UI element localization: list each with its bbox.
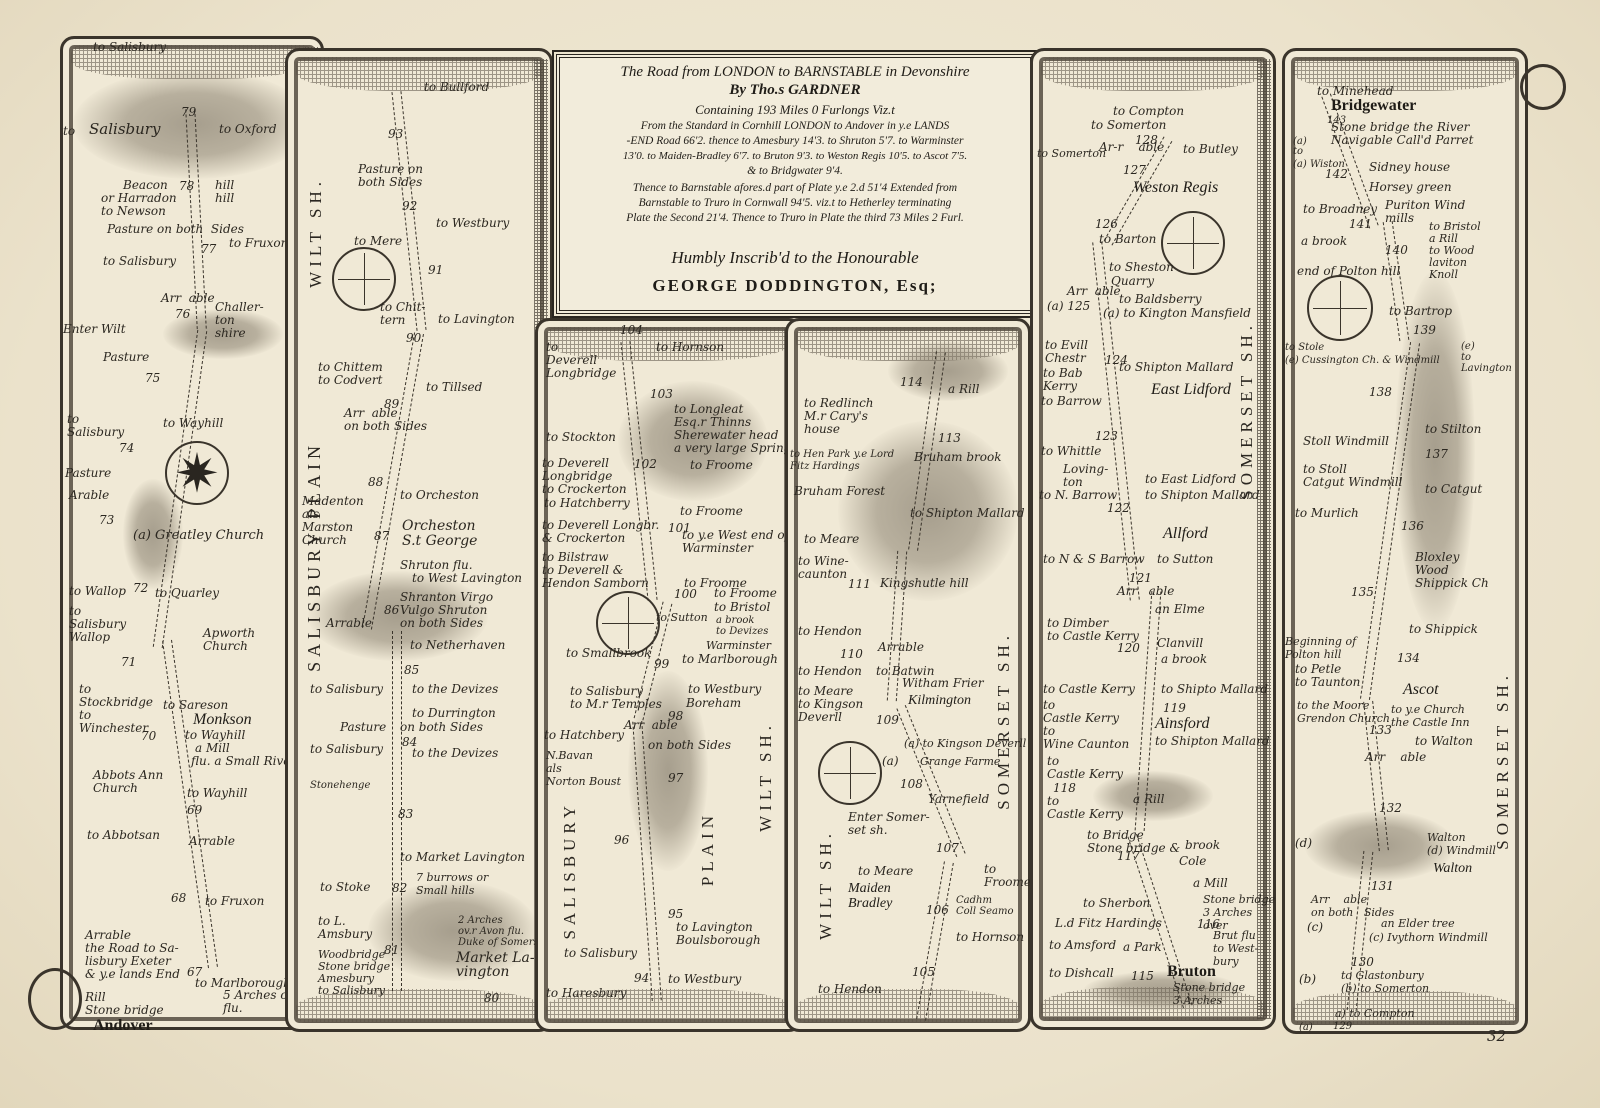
label: Arr able: [1117, 585, 1174, 598]
label: to Deverell Longbr. & Crockerton: [542, 519, 659, 545]
strip-5: to Compton to Somerton 128 to Somerton A…: [1030, 48, 1276, 1030]
strip-3: 104 to Hornson to Deverell Longbridge 10…: [535, 318, 803, 1032]
label: to Castle Kerry to Wine Caunton: [1043, 699, 1129, 751]
mile-marker: 78: [179, 179, 194, 193]
road: [1383, 221, 1410, 341]
county-label: SALISBURY: [560, 801, 580, 940]
label: to Glastonbury (b) to Somerton: [1341, 969, 1429, 995]
detail-line: From the Standard in Cornhill LONDON to …: [560, 120, 1030, 132]
label: to Sheston: [1109, 261, 1174, 274]
label: Abbots Ann Church: [93, 769, 163, 795]
label: to Sutton: [1157, 553, 1213, 566]
label: to Newson: [101, 205, 166, 218]
mile-marker: 88: [368, 475, 383, 489]
label: to Somerton: [1091, 119, 1166, 132]
mile-marker: 120: [1117, 641, 1140, 655]
label: to Whittle: [1041, 445, 1101, 458]
label: Arr able on both Sides: [344, 407, 427, 433]
label: to Salisbury to M.r Temples: [570, 685, 662, 711]
title-cartouche: The Road from LONDON to BARNSTABLE in De…: [556, 54, 1034, 314]
strip-4: 114 a Rill to Redlinch M.r Cary's house …: [785, 318, 1031, 1032]
mile-marker: 102: [634, 457, 657, 471]
dedication: Humbly Inscrib'd to the Honourable: [560, 248, 1030, 268]
label: to Stilton: [1425, 423, 1481, 436]
mile-marker: 71: [121, 655, 136, 669]
label: to Bristol: [714, 601, 770, 614]
label: to Salisbury: [564, 947, 637, 960]
label: Arr able on both Sides: [1311, 893, 1394, 919]
label: to Catgut: [1425, 483, 1482, 496]
mile-marker: 86: [384, 603, 399, 617]
detail-line: Thence to Barnstable afores.d part of Pl…: [560, 182, 1030, 194]
mile-marker: 80: [484, 991, 499, 1005]
label: to the Moore Grendon Church: [1297, 699, 1390, 725]
mile-marker: 85: [404, 663, 419, 677]
town-label: Ainsford: [1155, 715, 1210, 733]
label: Pasture on both Sides: [107, 223, 244, 236]
label: Arr able: [624, 719, 678, 732]
strip-2: to Bullford 93 Pasture on both Sides 92 …: [285, 48, 553, 1032]
county-label: SOMERSET SH.: [1493, 671, 1513, 850]
mile-marker: 136: [1401, 519, 1424, 533]
detail-line: & to Bridgwater 9'4.: [560, 165, 1030, 177]
label: to Evill Chestr: [1045, 339, 1088, 365]
scroll-edge-hatching: [1257, 59, 1271, 1019]
label: Stone bridge 3 Arches: [1173, 981, 1245, 1007]
label: to Hendon: [798, 665, 862, 678]
label: to Market Lavington: [400, 851, 525, 864]
label: to Shipto Mallard: [1161, 683, 1268, 696]
county-label: PLAIN: [698, 811, 718, 886]
mile-marker: 139: [1413, 323, 1436, 337]
label: to Orcheston: [400, 489, 479, 502]
label: to Wayhill: [187, 787, 247, 800]
label: Shranton Virgo Vulgo Shruton: [400, 591, 493, 617]
mile-marker: 126: [1095, 217, 1118, 231]
mile-marker: 110: [840, 647, 863, 661]
mile-marker: 94: [634, 971, 649, 985]
label: (c): [1307, 921, 1323, 934]
label: Beginning of Polton hill: [1285, 635, 1356, 661]
label: to Abbotsan: [87, 829, 160, 842]
label: Cadhm Coll Seamo: [956, 895, 1013, 917]
label: to Shipton Mallard: [910, 507, 1025, 520]
mile-marker: 127: [1123, 163, 1146, 177]
town-label: Walton: [1433, 861, 1472, 877]
label: to: [63, 125, 75, 138]
mile-marker: 109: [876, 713, 899, 727]
mile-marker: 122: [1107, 501, 1130, 515]
label: Arrable: [878, 641, 924, 654]
mile-marker: 83: [398, 807, 413, 821]
compass-icon: [1307, 275, 1373, 341]
label: to Somerton: [1037, 147, 1106, 160]
label: to Hornson: [956, 931, 1024, 944]
label: Arr able: [1067, 285, 1121, 298]
label: on both Sides: [400, 617, 483, 630]
label: to Chittem to Codvert: [318, 361, 383, 387]
town-label: East Lidford: [1151, 381, 1231, 399]
label: to Dimber to Castle Kerry: [1047, 617, 1139, 643]
mile-marker: 75: [145, 371, 160, 385]
label: Yarnefield: [928, 793, 989, 806]
label: to Murlich: [1295, 507, 1359, 520]
label: (d): [1295, 837, 1312, 850]
town-label: Monkson: [193, 711, 252, 729]
label: Stoll Windmill: [1303, 435, 1389, 448]
label: Horsey green: [1369, 181, 1452, 194]
label: to West Lavington: [412, 572, 522, 585]
county-label: WILT SH.: [816, 829, 836, 940]
label: Stone bridge the River Navigable Call'd …: [1331, 121, 1473, 147]
label: to Meare to Kingson Deverll: [798, 685, 863, 724]
mile-marker: 76: [175, 307, 190, 321]
label: to Compton: [1113, 105, 1184, 118]
label: to Marlborough: [682, 653, 778, 666]
label: Pasture: [103, 351, 149, 364]
label: (a): [882, 755, 899, 768]
town-label-bruton: Bruton: [1167, 963, 1216, 981]
mile-marker: (a) 125: [1047, 299, 1090, 313]
mile-marker: 129: [1333, 1021, 1352, 1032]
label: Pasture: [340, 721, 386, 734]
label: (a): [1299, 1021, 1313, 1034]
label: (a) to Kington Mansfield: [1103, 307, 1251, 320]
label: to Stockbridge to Winchester: [79, 683, 153, 735]
label: to N & S Barrow: [1043, 553, 1145, 566]
label: to Wayhill: [163, 417, 223, 430]
label: Arrable the Road to Sa- lisbury Exeter &…: [85, 929, 180, 981]
map-sheet: to Salisbury 79 to Salisbury to Oxford B…: [0, 0, 1600, 1108]
label: to Bullford: [424, 81, 489, 94]
label: 7 burrows or Small hills: [416, 871, 488, 897]
mile-marker: 121: [1129, 571, 1152, 585]
label: Enter Somer- set sh.: [848, 811, 930, 837]
label: to East Lidford: [1145, 473, 1236, 486]
town-label: Allford: [1163, 525, 1208, 543]
mile-marker: 90: [406, 331, 421, 345]
label: Arr able: [161, 292, 215, 305]
label: to Fruxon: [229, 237, 288, 250]
label: Pasture on both Sides: [358, 163, 423, 189]
label: Market La- vington: [456, 951, 535, 979]
mile-marker: 134: [1397, 651, 1420, 665]
label: L.d Fitz Hardings: [1055, 917, 1162, 930]
label: a Park: [1123, 941, 1162, 954]
label: a Mill: [1193, 877, 1228, 890]
label: to Salisbury Wallop: [69, 605, 126, 644]
label: an Elder tree: [1381, 917, 1455, 930]
label: Rill Stone bridge: [85, 991, 164, 1017]
title: The Road from LONDON to BARNSTABLE in De…: [560, 64, 1030, 81]
label: Arr able: [1365, 751, 1426, 764]
mile-marker: 138: [1369, 385, 1392, 399]
label: to Bab Kerry: [1043, 367, 1083, 393]
containing: Containing 193 Miles 0 Furlongs Viz.t: [560, 102, 1030, 118]
label: to Bartrop: [1389, 305, 1452, 318]
county-label: WILT SH.: [306, 177, 326, 288]
label: Cole: [1179, 855, 1206, 868]
label: a) to Compton: [1335, 1007, 1415, 1020]
scroll-curl: [28, 968, 82, 1030]
label: N.Bavan als Norton Boust: [546, 749, 621, 788]
label: to Longleat Esq.r Thinns Sherewater head…: [674, 403, 791, 455]
label: a brook: [1301, 235, 1347, 248]
label: to Castle Kerry: [1047, 795, 1123, 821]
label: to Fruxon: [205, 895, 264, 908]
label: to Tillsed: [426, 381, 482, 394]
label: to Sutton: [656, 611, 708, 624]
label: to Wine- caunton: [798, 555, 849, 581]
label: (e) to Lavington: [1461, 341, 1512, 374]
label: a Rill: [948, 383, 980, 396]
mile-marker: 100: [674, 587, 697, 601]
label: to y.e Church the Castle Inn: [1391, 703, 1470, 729]
label: to Hatchbery: [544, 729, 624, 742]
mile-marker: 130: [1351, 955, 1374, 969]
label: Pasture: [65, 467, 111, 480]
label: Bruham Forest: [794, 485, 885, 498]
town-label: Ascot: [1403, 681, 1439, 699]
mile-marker: 114: [900, 375, 923, 389]
county-label: SALISBURY PLAIN: [304, 441, 325, 672]
label: a brook: [1161, 653, 1207, 666]
label: (c) Ivythorn Windmill: [1369, 931, 1488, 944]
label: to Barrow: [1041, 395, 1102, 408]
label: to Deverell Longbridge: [546, 341, 616, 380]
label: to Meare: [858, 865, 913, 878]
label: to Froome: [714, 587, 777, 600]
label: to Hatchberry: [544, 497, 630, 510]
mile-marker: 103: [650, 387, 673, 401]
label: flu. a Small River: [191, 755, 296, 768]
label: (b): [1299, 973, 1316, 986]
mile-marker: 117: [1117, 849, 1140, 863]
mile-marker: 141: [1349, 217, 1372, 231]
label: to y.e West end of Warminster: [682, 529, 789, 555]
mile-marker: 106: [926, 903, 949, 917]
label: to Stoke: [320, 881, 371, 894]
label: Bruham brook: [914, 451, 1002, 464]
label: to Quarley: [155, 587, 219, 600]
label: to Chit- tern: [380, 301, 426, 327]
label: to Durrington: [412, 707, 496, 720]
detail-line: -END Road 66'2. thence to Amesbury 14'3.…: [560, 135, 1030, 147]
scroll-curl: [1520, 64, 1566, 110]
label: on both Sides: [400, 721, 483, 734]
mile-marker: 113: [938, 431, 961, 445]
mile-marker: 68: [171, 891, 186, 905]
label: to Butley: [1183, 143, 1238, 156]
label: Apworth Church: [203, 627, 255, 653]
label: to Stockton: [546, 431, 616, 444]
scroll-top-hatching: [296, 57, 542, 91]
compass-icon: [818, 741, 882, 805]
mile-marker: 93: [388, 127, 403, 141]
label: to Salisbury: [67, 413, 124, 439]
label: to Dishcall: [1049, 967, 1114, 980]
label: brook: [1185, 839, 1220, 852]
label: to Petle to Taunton: [1295, 663, 1360, 689]
label: Clanvill: [1157, 637, 1203, 650]
label: to Lavington: [438, 313, 515, 326]
label: on both Sides: [648, 739, 731, 752]
label: Kingshutle hill: [880, 577, 969, 590]
page-number: 32: [1487, 1027, 1506, 1045]
label: to Westbury: [436, 217, 509, 230]
label: (a) Greatley Church: [133, 529, 264, 542]
label: a brook to Devizes: [716, 615, 768, 637]
mile-marker: 69: [187, 803, 202, 817]
label: Boreham: [686, 697, 741, 710]
mile-marker: 95: [668, 907, 683, 921]
label: to Lavington Boulsborough: [676, 921, 761, 947]
strip-6: to Minehead Bridgewater 143 Stone bridge…: [1282, 48, 1528, 1034]
label: to Shippick: [1409, 623, 1478, 636]
mile-marker: 115: [1131, 969, 1154, 983]
mile-marker: 133: [1369, 723, 1392, 737]
label: to Castle Kerry: [1047, 755, 1123, 781]
label: Challer- ton shire: [215, 301, 264, 340]
label: to Hendon: [798, 625, 862, 638]
label: to Castle Kerry: [1043, 683, 1135, 696]
label: Grange Farme: [920, 755, 1000, 768]
town-label: Maiden Bradley: [848, 881, 892, 911]
label: to Meare: [804, 533, 859, 546]
county-label: WILT SH.: [756, 721, 776, 832]
label: Arrable: [326, 617, 372, 630]
town-label-andover: Andover: [93, 1017, 153, 1035]
label: to Froome: [680, 505, 743, 518]
mile-marker: 99: [654, 657, 669, 671]
label: Bloxley Wood Shippick Ch: [1415, 551, 1489, 590]
label: to Froome: [690, 459, 753, 472]
label: Brut flu to West- bury: [1213, 929, 1258, 968]
mile-marker: 107: [936, 841, 959, 855]
scroll-top-hatching: [1041, 57, 1265, 91]
label: Orcheston S.t George: [402, 519, 477, 549]
mile-marker: 131: [1371, 879, 1394, 893]
label: Sidney house: [1369, 161, 1450, 174]
town-label-bridgewater: Bridgewater: [1331, 97, 1416, 115]
label: to Salisbury: [103, 255, 176, 268]
label: Witham Frier: [902, 677, 984, 690]
mile-marker: 135: [1351, 585, 1374, 599]
label: to Redlinch M.r Cary's house: [804, 397, 874, 436]
mile-marker: 108: [900, 777, 923, 791]
label: to Hen Park y.e Lord Fitz Hardings: [790, 449, 894, 473]
label: to Shipton Mallard: [1155, 735, 1270, 748]
mile-marker: 74: [119, 441, 134, 455]
label: to Stoll Catgut Windmill: [1303, 463, 1402, 489]
label: Ar-r able: [1099, 141, 1164, 154]
detail-line: Plate the Second 21'4. Thence to Truro i…: [560, 212, 1030, 224]
mile-marker: 77: [201, 242, 216, 256]
label: to Stole (e) Cussington Ch. & Windmill: [1285, 341, 1440, 367]
detail-line: Barnstable to Truro in Cornwall 94'5. vi…: [560, 197, 1030, 209]
mile-marker: 137: [1425, 447, 1448, 461]
author: By Tho.s GARDNER: [560, 82, 1030, 99]
label: Arable: [69, 489, 109, 502]
label: to Salisbury: [93, 41, 166, 54]
label: Stonehenge: [310, 779, 370, 792]
mile-marker: 73: [99, 513, 114, 527]
dedicatee: GEORGE DODDINGTON, Esq;: [560, 276, 1030, 296]
town-label: Weston Regis: [1133, 179, 1218, 197]
label: Warminster: [706, 639, 771, 652]
label: to N. Barrow: [1039, 489, 1117, 502]
label: to Salisbury: [310, 683, 383, 696]
mile-marker: 92: [402, 199, 417, 213]
label: to Haresbury: [546, 987, 626, 1000]
mile-marker: 72: [133, 581, 148, 595]
label: to Barton: [1099, 233, 1156, 246]
label: to Froome: [984, 863, 1031, 889]
label: to Wallop: [69, 585, 126, 598]
label: a Rill: [1133, 793, 1165, 806]
mile-marker: 97: [668, 771, 683, 785]
label: to Mere: [354, 235, 402, 248]
label: an Elme: [1155, 603, 1205, 616]
label: to Westbury: [668, 973, 741, 986]
label: to Hornson: [656, 341, 724, 354]
label: Arrable: [189, 835, 235, 848]
label: to Amsford: [1049, 939, 1116, 952]
label: to L. Amsbury: [318, 915, 372, 941]
label: Woodbridge Stone bridge Amesbury to Sali…: [318, 949, 390, 997]
mile-marker: 87: [374, 529, 389, 543]
label: Salisbury: [89, 123, 160, 136]
label: to Shipton Mallard: [1119, 361, 1234, 374]
mile-marker: 82: [392, 881, 407, 895]
mile-marker: 123: [1095, 429, 1118, 443]
label: to the Devizes: [412, 747, 498, 760]
label: to Bristol a Rill to Wood laviton Knoll: [1429, 221, 1481, 281]
mile-marker: 96: [614, 833, 629, 847]
mile-marker: 79: [181, 105, 196, 119]
label: to Sherbon: [1083, 897, 1150, 910]
label: to Broadney: [1303, 203, 1377, 216]
label: Enter Wilt: [63, 323, 126, 336]
mile-marker: 119: [1163, 701, 1186, 715]
detail-line: 13'0. to Maiden-Bradley 6'7. to Bruton 9…: [560, 150, 1030, 162]
mile-marker: 70: [141, 729, 156, 743]
label: Loving- ton: [1063, 463, 1108, 489]
label: to Netherhaven: [410, 639, 505, 652]
label: to Salisbury: [310, 743, 383, 756]
county-label: SOMERSET SH.: [1237, 321, 1257, 500]
mile-marker: 132: [1379, 801, 1402, 815]
label: to Oxford: [219, 123, 277, 136]
label: to Westbury: [688, 683, 761, 696]
label: to the Devizes: [412, 683, 498, 696]
label: hill: [215, 192, 234, 205]
mile-marker: 104: [620, 323, 643, 337]
mile-marker: 142: [1325, 167, 1348, 181]
mile-marker: 111: [848, 577, 871, 591]
label: to Bilstraw to Deverell & Hendon Samborn: [542, 551, 649, 590]
town-label: Kilmington: [908, 693, 971, 709]
label: to Deverell Longbridge to Crockerton: [542, 457, 627, 496]
mile-marker: 105: [912, 965, 935, 979]
compass-rose-icon: ✷: [165, 441, 229, 505]
mile-marker: 118: [1053, 781, 1076, 795]
label: to Hendon: [818, 983, 882, 996]
label: Walton (d) Windmill: [1427, 831, 1496, 857]
county-label: SOMERSET SH.: [994, 631, 1014, 810]
label: to Baldsberry: [1119, 293, 1202, 306]
mile-marker: 140: [1385, 243, 1408, 257]
